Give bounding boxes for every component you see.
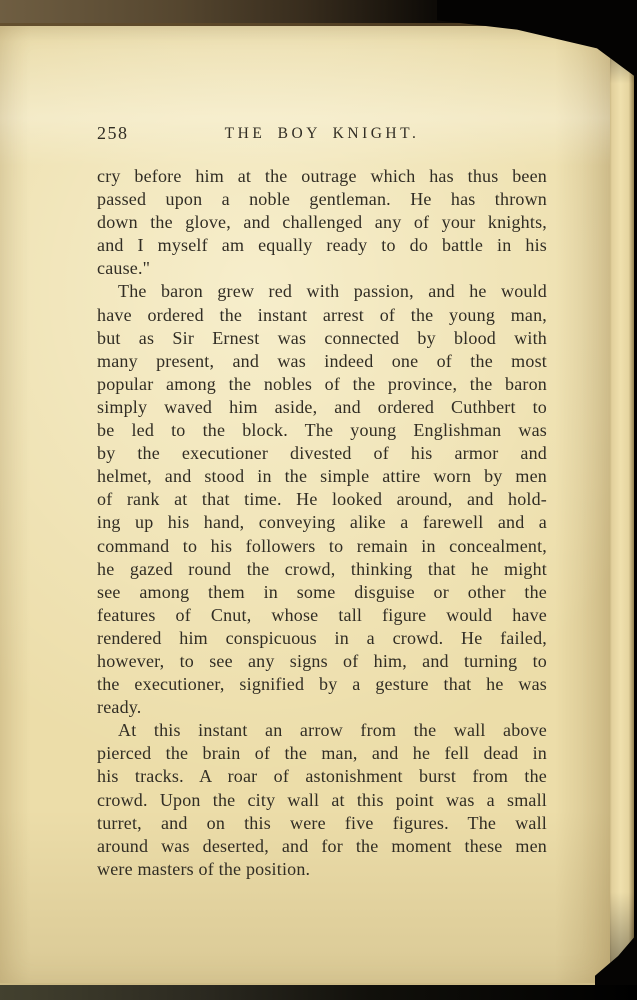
text-line: around was deserted, and for the moment … [97,835,547,858]
text-line: down the glove, and challenged any of yo… [97,211,547,234]
text-line: his tracks. A roar of astonishment burst… [97,765,547,788]
text-body: cry before him at the outrage which has … [97,165,547,881]
text-line: The baron grew red with passion, and he … [97,280,547,303]
text-line: be led to the block. The young Englishma… [97,419,547,442]
text-line: the executioner, signified by a gesture … [97,673,547,696]
text-line: pierced the brain of the man, and he fel… [97,742,547,765]
text-line: he gazed round the crowd, thinking that … [97,558,547,581]
text-line: cause." [97,257,547,280]
text-line: popular among the nobles of the province… [97,373,547,396]
text-line: but as Sir Ernest was connected by blood… [97,327,547,350]
book-spine-shadow-bottom [0,985,637,1000]
text-line: passed upon a noble gentleman. He has th… [97,188,547,211]
book-page: 258 THE BOY KNIGHT. cry before him at th… [0,22,610,985]
text-line: have ordered the instant arrest of the y… [97,304,547,327]
paragraph: The baron grew red with passion, and he … [97,280,547,719]
text-line: ready. [97,696,547,719]
text-line: command to his followers to remain in co… [97,535,547,558]
text-line: and I myself am equally ready to do batt… [97,234,547,257]
text-line: ing up his hand, conveying alike a farew… [97,511,547,534]
running-title: THE BOY KNIGHT. [97,125,547,143]
page-header: 258 THE BOY KNIGHT. [97,123,547,145]
text-line: by the executioner divested of his armor… [97,442,547,465]
text-line: rendered him conspicuous in a crowd. He … [97,627,547,650]
text-line: crowd. Upon the city wall at this point … [97,789,547,812]
text-line: were masters of the position. [97,858,547,881]
text-line: of rank at that time. He looked around, … [97,488,547,511]
text-line: however, to see any signs of him, and tu… [97,650,547,673]
text-line: see among them in some disguise or other… [97,581,547,604]
text-line: simply waved him aside, and ordered Cuth… [97,396,547,419]
paragraph: cry before him at the outrage which has … [97,165,547,280]
text-line: many present, and was indeed one of the … [97,350,547,373]
text-line: helmet, and stood in the simple attire w… [97,465,547,488]
text-column: 258 THE BOY KNIGHT. cry before him at th… [97,123,547,881]
text-line: turret, and on this were five figures. T… [97,812,547,835]
paragraph: At this instant an arrow from the wall a… [97,719,547,881]
text-line: cry before him at the outrage which has … [97,165,547,188]
text-line: features of Cnut, whose tall figure woul… [97,604,547,627]
text-line: At this instant an arrow from the wall a… [97,719,547,742]
book-scan: 258 THE BOY KNIGHT. cry before him at th… [0,0,637,1000]
